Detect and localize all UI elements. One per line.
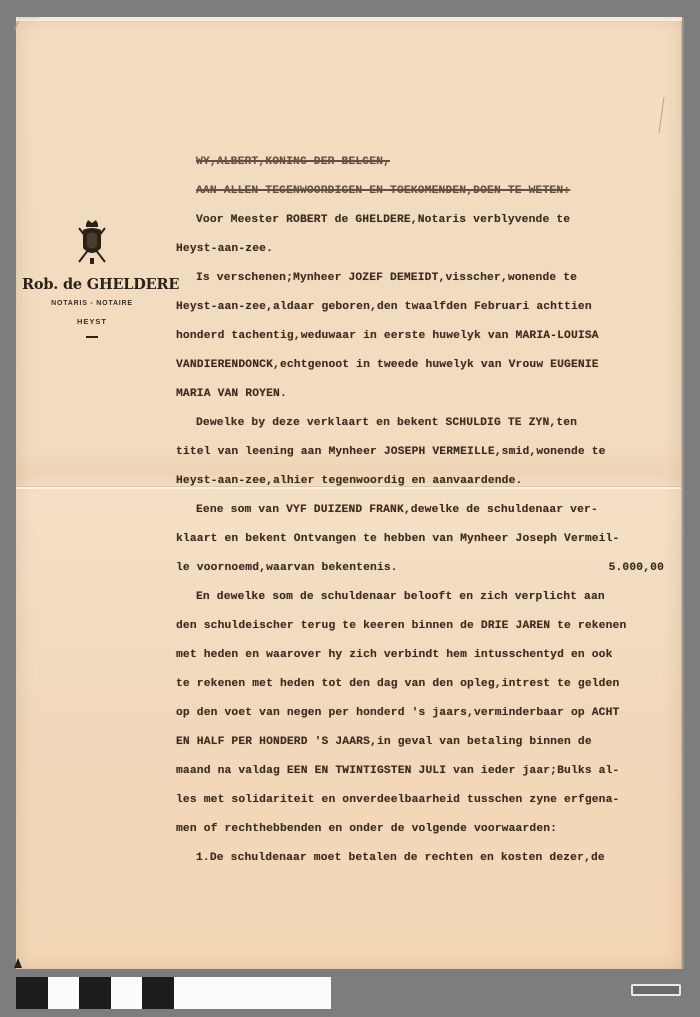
text-line: le voornoemd,waarvan bekentenis.5.000,00	[176, 554, 676, 583]
text-line-content: WY,ALBERT,KONING DER BELGEN,	[196, 156, 390, 168]
text-line-content: le voornoemd,waarvan bekentenis.	[176, 562, 398, 574]
text-line: VANDIERENDONCK,echtgenoot in tweede huwe…	[176, 351, 676, 380]
text-line-content: den schuldeischer terug te keeren binnen…	[176, 620, 626, 632]
notary-title: NOTARIS - NOTAIRE	[22, 300, 162, 307]
text-line-content: Heyst-aan-zee.	[176, 243, 273, 255]
text-line: op den voet van negen per honderd 's jaa…	[176, 699, 676, 728]
corner-marker-icon	[14, 958, 22, 968]
scale-patch-white	[48, 977, 79, 1009]
scale-patch-white-wide	[174, 977, 331, 1009]
text-line-content: op den voet van negen per honderd 's jaa…	[176, 707, 619, 719]
text-line-content: maand na valdag EEN EN TWINTIGSTEN JULI …	[176, 765, 619, 777]
text-line-content: titel van leening aan Mynheer JOSEPH VER…	[176, 446, 606, 458]
text-line-content: Is verschenen;Mynheer JOZEF DEMEIDT,viss…	[196, 272, 577, 284]
text-line: te rekenen met heden tot den dag van den…	[176, 670, 676, 699]
scale-patch-black	[142, 977, 174, 1009]
paper-tear	[658, 97, 678, 133]
text-line-content: MARIA VAN ROYEN.	[176, 388, 287, 400]
divider	[86, 336, 98, 338]
text-line-content: te rekenen met heden tot den dag van den…	[176, 678, 619, 690]
letterhead: Rob. de GHELDERE NOTARIS - NOTAIRE HEYST	[22, 218, 162, 338]
text-line-content: AAN ALLEN TEGENWOORDIGEN EN TOEKOMENDEN,…	[196, 185, 570, 197]
text-line-content: men of rechthebbenden en onder de volgen…	[176, 823, 557, 835]
text-line: men of rechthebbenden en onder de volgen…	[176, 815, 676, 844]
text-line: EN HALF PER HONDERD 'S JAARS,in geval va…	[176, 728, 676, 757]
text-line-content: EN HALF PER HONDERD 'S JAARS,in geval va…	[176, 736, 592, 748]
text-line-content: Heyst-aan-zee,aldaar geboren,den twaalfd…	[176, 301, 592, 313]
color-calibration-scale	[16, 977, 331, 1009]
paper-edge	[681, 17, 684, 969]
scale-patch-black	[79, 977, 111, 1009]
deed-text: WY,ALBERT,KONING DER BELGEN,AAN ALLEN TE…	[176, 148, 676, 873]
amount-value: 5.000,00	[609, 554, 664, 583]
notary-name: Rob. de GHELDERE	[22, 276, 162, 293]
text-line: MARIA VAN ROYEN.	[176, 380, 676, 409]
text-line: Dewelke by deze verklaart en bekent SCHU…	[176, 409, 676, 438]
text-line-content: klaart en bekent Ontvangen te hebben van…	[176, 533, 619, 545]
text-line: den schuldeischer terug te keeren binnen…	[176, 612, 676, 641]
text-line: 1.De schuldenaar moet betalen de rechten…	[176, 844, 676, 873]
scale-patch-white	[111, 977, 142, 1009]
text-line: Voor Meester ROBERT de GHELDERE,Notaris …	[176, 206, 676, 235]
text-line-content: Dewelke by deze verklaart en bekent SCHU…	[196, 417, 577, 429]
text-line: honderd tachentig,weduwaar in eerste huw…	[176, 322, 676, 351]
text-line-content: met heden en waarover hy zich verbindt h…	[176, 649, 613, 661]
text-line-content: Voor Meester ROBERT de GHELDERE,Notaris …	[196, 214, 570, 226]
text-line: Heyst-aan-zee,aldaar geboren,den twaalfd…	[176, 293, 676, 322]
scale-patch-black	[16, 977, 48, 1009]
text-line: klaart en bekent Ontvangen te hebben van…	[176, 525, 676, 554]
text-line: les met solidariteit en onverdeelbaarhei…	[176, 786, 676, 815]
text-line: Is verschenen;Mynheer JOZEF DEMEIDT,viss…	[176, 264, 676, 293]
ruler-marker	[631, 984, 681, 996]
text-line-content: VANDIERENDONCK,echtgenoot in tweede huwe…	[176, 359, 599, 371]
text-line: WY,ALBERT,KONING DER BELGEN,	[176, 148, 676, 177]
text-line: En dewelke som de schuldenaar belooft en…	[176, 583, 676, 612]
text-line: titel van leening aan Mynheer JOSEPH VER…	[176, 438, 676, 467]
text-line: maand na valdag EEN EN TWINTIGSTEN JULI …	[176, 757, 676, 786]
text-line: Eene som van VYF DUIZEND FRANK,dewelke d…	[176, 496, 676, 525]
text-line-content: En dewelke som de schuldenaar belooft en…	[196, 591, 605, 603]
text-line: Heyst-aan-zee.	[176, 235, 676, 264]
text-line-content: les met solidariteit en onverdeelbaarhei…	[176, 794, 619, 806]
text-line: Heyst-aan-zee,alhier tegenwoordig en aan…	[176, 467, 676, 496]
text-line-content: Heyst-aan-zee,alhier tegenwoordig en aan…	[176, 475, 522, 487]
torn-corner	[13, 17, 40, 31]
text-line-content: honderd tachentig,weduwaar in eerste huw…	[176, 330, 599, 342]
text-line: met heden en waarover hy zich verbindt h…	[176, 641, 676, 670]
notary-city: HEYST	[22, 317, 162, 326]
text-line-content: Eene som van VYF DUIZEND FRANK,dewelke d…	[196, 504, 598, 516]
text-line: AAN ALLEN TEGENWOORDIGEN EN TOEKOMENDEN,…	[176, 177, 676, 206]
text-line-content: 1.De schuldenaar moet betalen de rechten…	[196, 852, 605, 864]
royal-crest-icon	[74, 218, 110, 268]
